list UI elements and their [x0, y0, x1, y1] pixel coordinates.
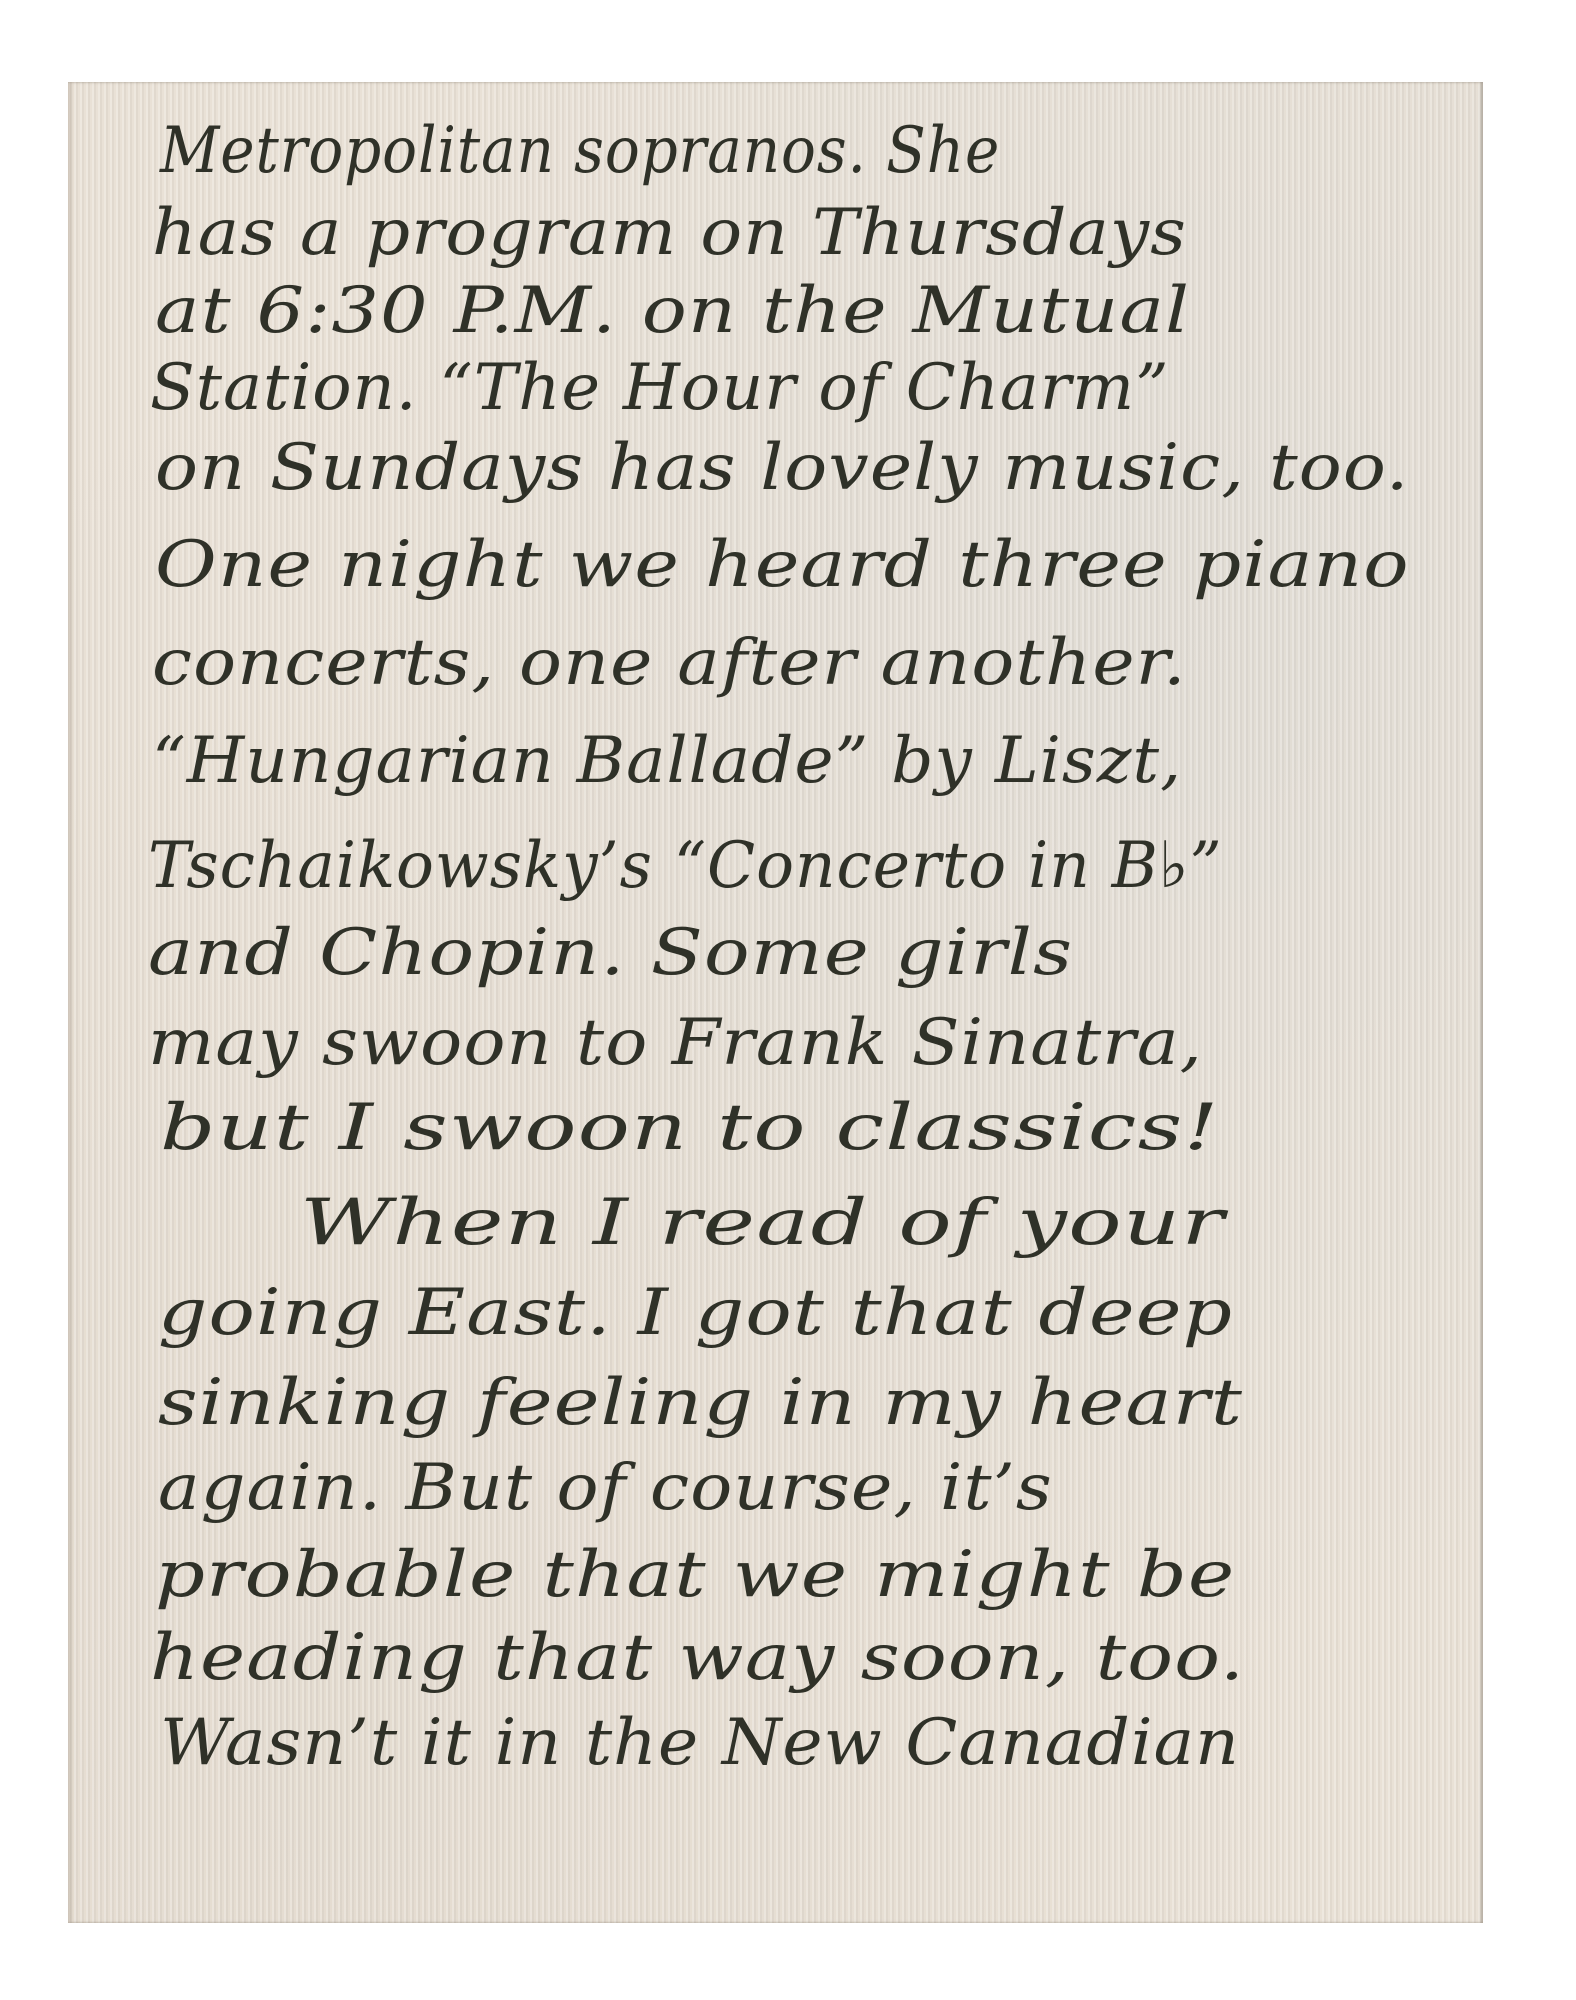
- text-line: sinking feeling in my heart: [158, 1371, 1243, 1435]
- text-line: Wasn’t it in the New Canadian: [160, 1711, 1240, 1775]
- text-line: again. But of course, it’s: [158, 1456, 1053, 1520]
- text-line: Metropolitan sopranos. She: [160, 119, 1000, 183]
- text-line: One night we heard three piano: [155, 533, 1410, 597]
- text-line: Tschaikowsky’s “Concerto in B♭”: [148, 834, 1223, 898]
- text-line: has a program on Thursdays: [152, 201, 1187, 265]
- text-line: on Sundays has lovely music, too.: [155, 436, 1410, 500]
- text-line: “Hungarian Ballade” by Liszt,: [152, 729, 1182, 793]
- text-line: Station. “The Hour of Charm”: [150, 356, 1170, 420]
- text-line: going East. I got that deep: [158, 1281, 1233, 1345]
- text-line: When I read of your: [300, 1191, 1225, 1255]
- text-line: and Chopin. Some girls: [148, 921, 1073, 985]
- text-line: may swoon to Frank Sinatra,: [148, 1011, 1203, 1075]
- text-line: but I swoon to classics!: [160, 1096, 1220, 1160]
- text-line: heading that way soon, too.: [150, 1626, 1245, 1690]
- text-line: concerts, one after another.: [152, 631, 1187, 695]
- text-line: probable that we might be: [155, 1543, 1235, 1607]
- text-line: at 6:30 P.M. on the Mutual: [155, 279, 1190, 343]
